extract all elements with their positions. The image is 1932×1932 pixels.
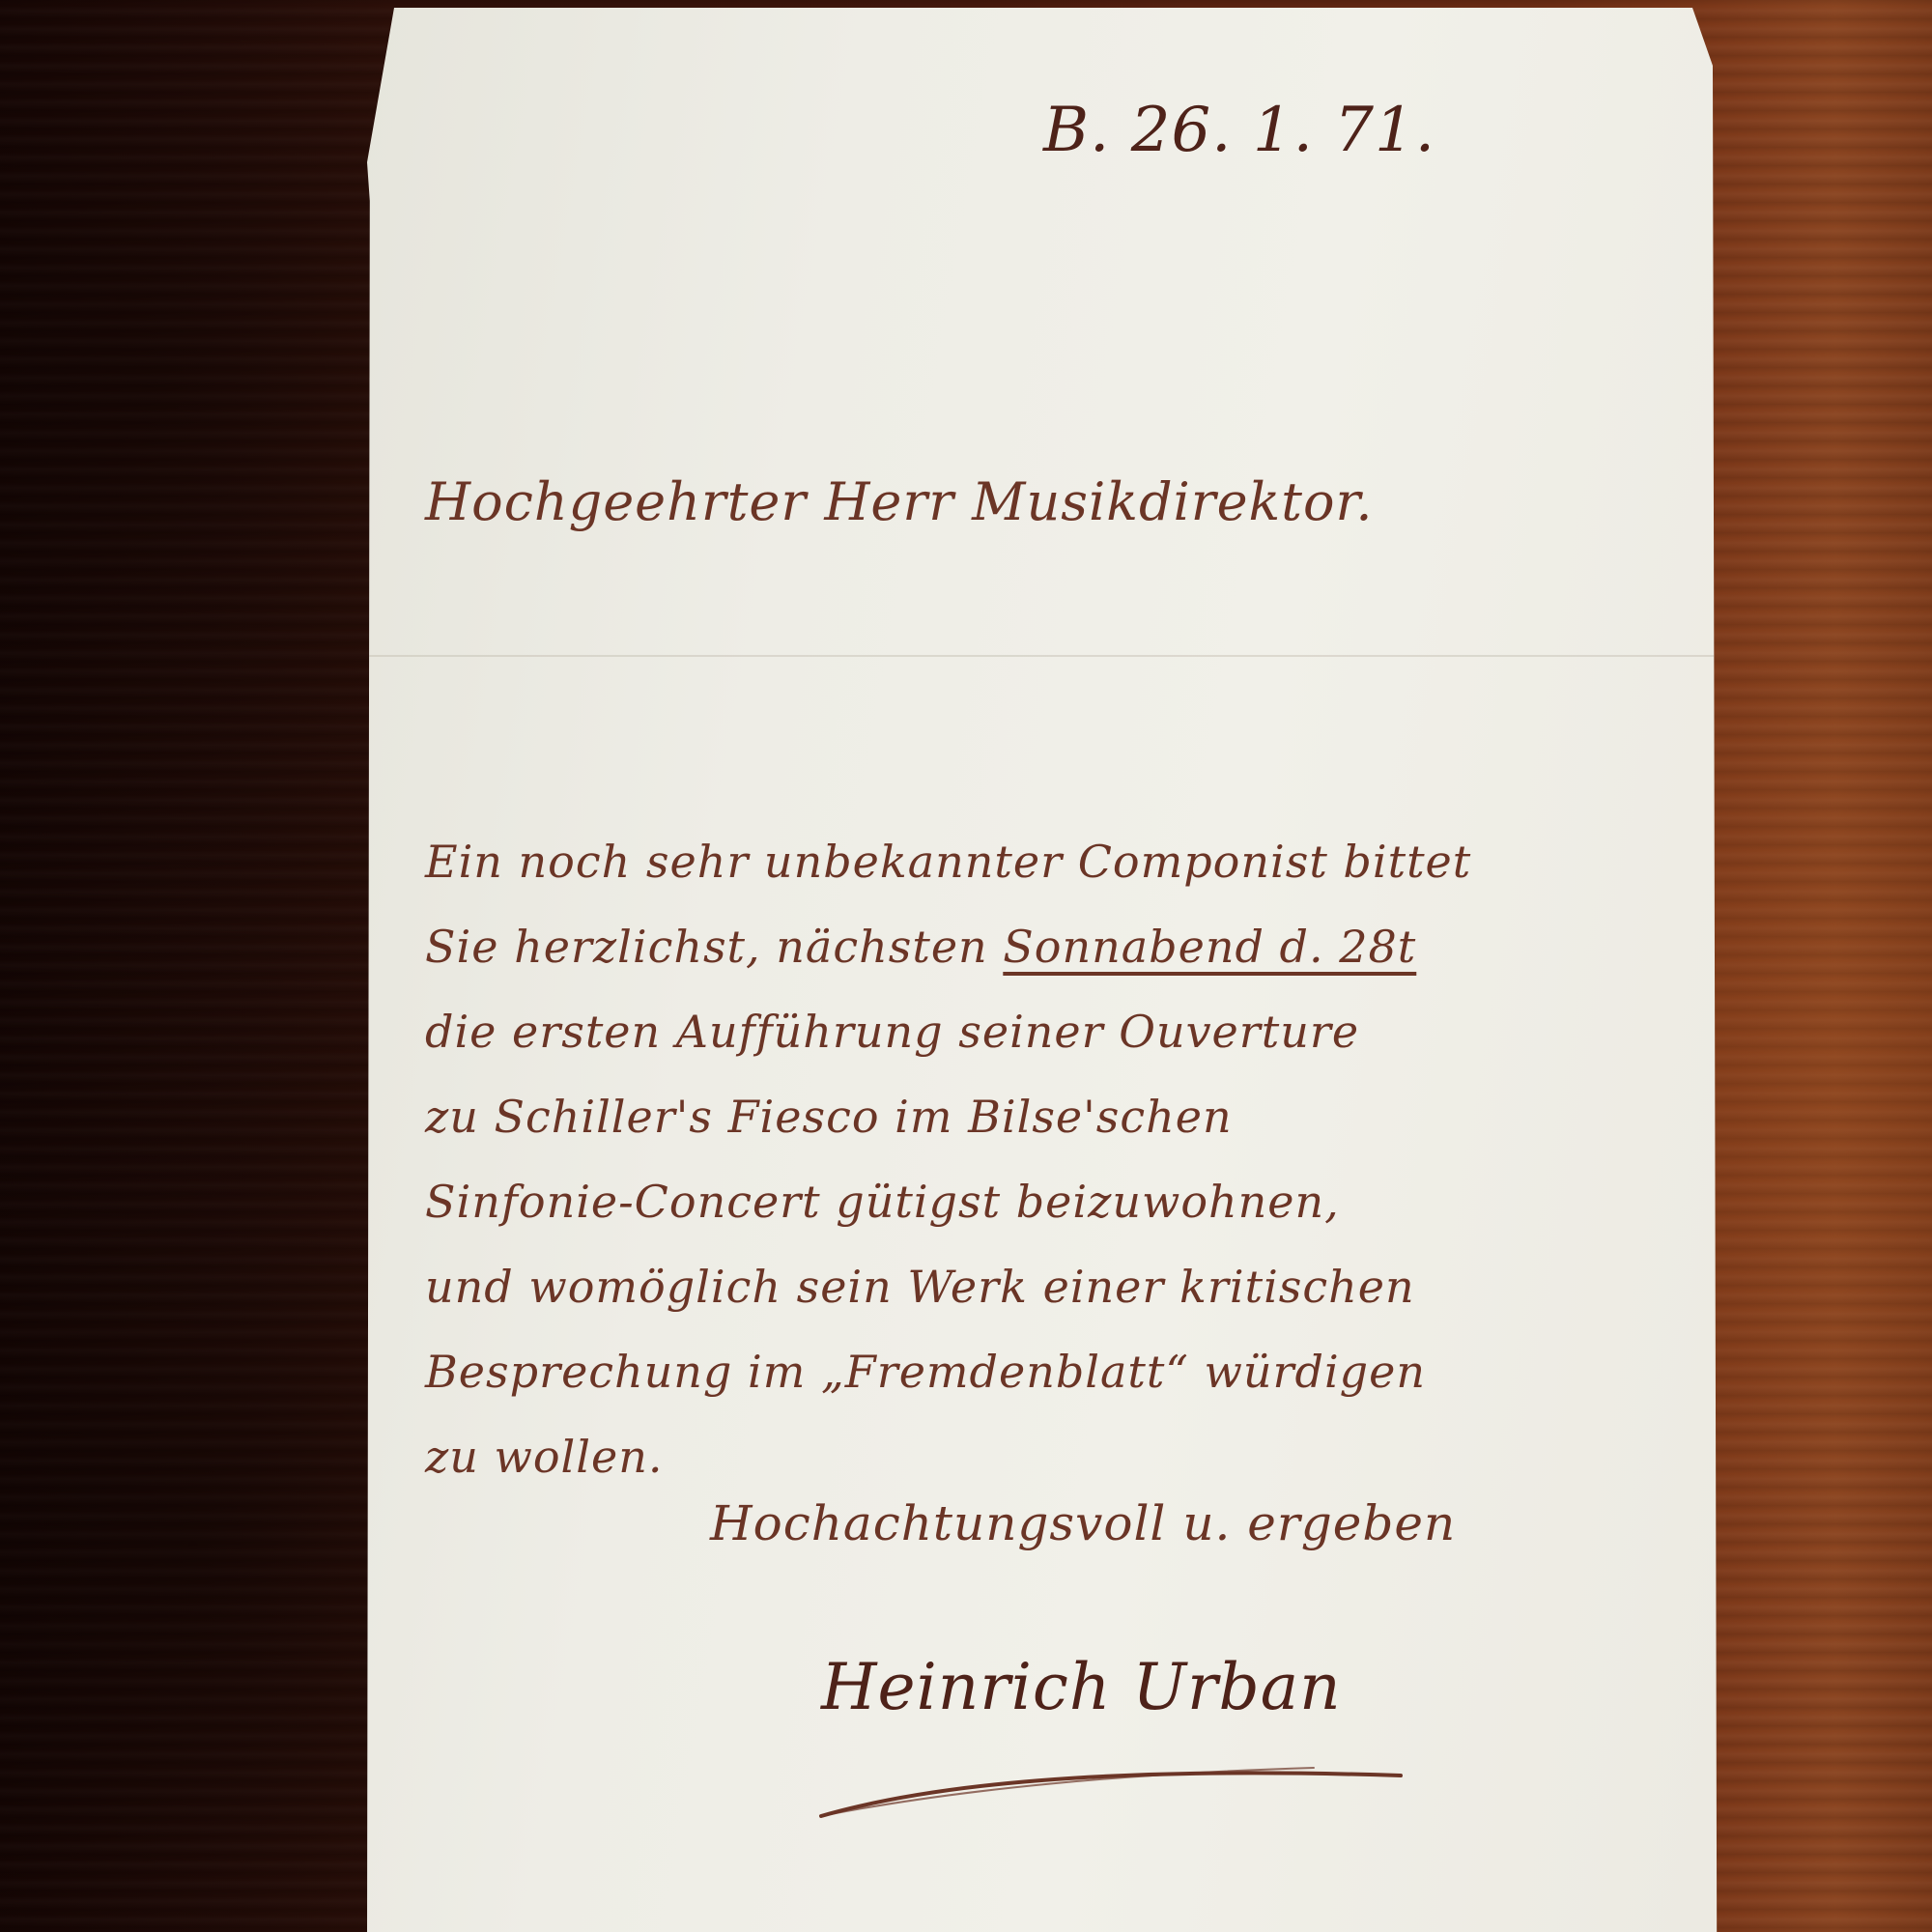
letter-salutation: Hochgeehrter Herr Musikdirektor. xyxy=(425,471,1374,532)
body-line: Sie herzlichst, nächsten Sonnabend d. 28… xyxy=(425,904,1690,989)
letter-signature: Heinrich Urban xyxy=(821,1650,1342,1724)
underlined-date-phrase: Sonnabend d. 28t xyxy=(1003,921,1416,973)
letter-closing: Hochachtungsvoll u. ergeben xyxy=(710,1495,1456,1551)
body-line: Ein noch sehr unbekannter Componist bitt… xyxy=(425,819,1690,904)
body-line: und womöglich sein Werk einer kritischen xyxy=(425,1244,1690,1329)
signature-flourish-icon xyxy=(811,1747,1410,1824)
letter-date: B. 26. 1. 71. xyxy=(1043,95,1435,166)
paper-fold-line xyxy=(367,655,1719,657)
body-line: zu Schiller's Fiesco im Bilse'schen xyxy=(425,1074,1690,1159)
letter-page: B. 26. 1. 71. Hochgeehrter Herr Musikdir… xyxy=(367,8,1719,1932)
body-line: die ersten Aufführung seiner Ouverture xyxy=(425,989,1690,1074)
letter-body: Ein noch sehr unbekannter Componist bitt… xyxy=(425,819,1690,1499)
body-line: Sinfonie-Concert gütigst beizuwohnen, xyxy=(425,1159,1690,1244)
body-line: zu wollen. xyxy=(425,1414,1690,1499)
body-line: Besprechung im „Fremdenblatt“ würdigen xyxy=(425,1329,1690,1414)
